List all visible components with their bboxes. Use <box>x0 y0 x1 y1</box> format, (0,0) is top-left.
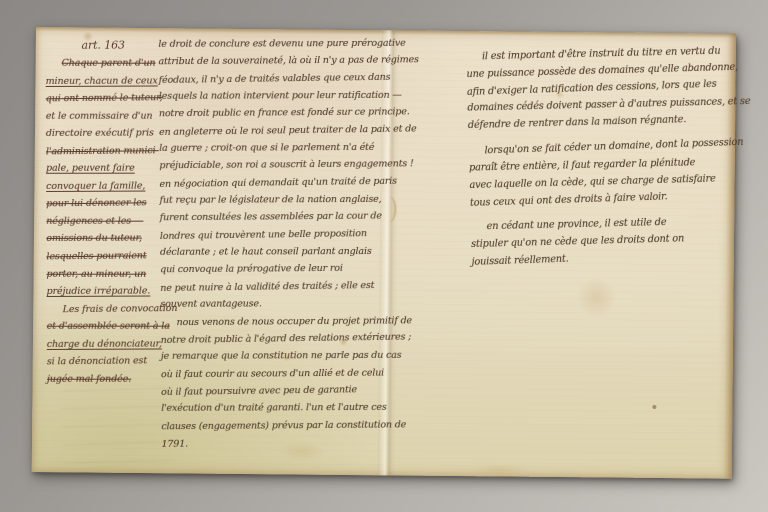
manuscript-line: convoquer la famille, <box>46 177 170 195</box>
manuscript-line: omissions du tuteur, <box>46 230 170 248</box>
article-number-heading: art. 163 <box>45 35 169 55</box>
photo-backdrop: art. 163 Chaque parent d'unmineur, chacu… <box>0 0 768 512</box>
manuscript-line: furent consultées les assemblées par la … <box>160 208 396 227</box>
foxing-stain <box>573 277 619 317</box>
right-page-column: il est important d'être instruit du titr… <box>466 42 744 270</box>
manuscript-line: préjudice irréparable. <box>47 283 171 301</box>
manuscript-line: pale, peuvent faire <box>46 160 170 178</box>
manuscript-line: je remarque que la constitution ne parle… <box>161 347 397 365</box>
manuscript-line: souvent avantageuse. <box>160 295 396 313</box>
manuscript-line: et d'assemblée seront à la <box>47 318 171 336</box>
manuscript-line: 1791. <box>161 433 397 454</box>
manuscript-line: lesquels la nation intervient pour leur … <box>159 87 395 105</box>
manuscript-line: négligences et les — <box>46 213 170 231</box>
manuscript-line: l'administration munici- <box>46 142 170 161</box>
manuscript-line: déclarante ; et le haut conseil parlant … <box>160 243 396 261</box>
manuscript-line: l'exécution d'un traité garanti. l'un et… <box>161 399 397 417</box>
show-through-marks <box>61 378 175 465</box>
manuscript-line: charge du dénonciateur, <box>47 335 171 353</box>
manuscript-line: en négociation qui demandait qu'un trait… <box>159 172 395 193</box>
manuscript-line: et le commissaire d'un <box>46 107 170 125</box>
ink-speck <box>652 405 656 409</box>
manuscript-line: préjudiciable, son roi a souscrit à leur… <box>159 156 395 175</box>
manuscript-line: lesquelles pourraient <box>46 247 170 266</box>
manuscript-line: si la dénonciation est <box>47 352 171 371</box>
manuscript-line: le droit de conclure est devenu une pure… <box>158 35 394 53</box>
manuscript-line: Les frais de convocation <box>47 300 171 319</box>
manuscript-line: fut reçu par le législateur de la nation… <box>160 191 396 209</box>
manuscript-line: qui ont nommé le tuteur, <box>46 89 170 108</box>
manuscript-line: attribut de la souveraineté, là où il n'… <box>158 52 394 71</box>
manuscript-paper: art. 163 Chaque parent d'unmineur, chacu… <box>32 27 736 479</box>
manuscript-line: en angleterre où le roi seul peut traite… <box>159 120 395 141</box>
margin-note-lines: Chaque parent d'unmineur, chacun de ceux… <box>46 54 171 388</box>
manuscript-line: pour lui dénoncer les <box>46 194 170 213</box>
left-page-main-column: le droit de conclure est devenu une pure… <box>158 34 397 452</box>
manuscript-line: féodaux, il n'y a de traités valables qu… <box>159 68 395 89</box>
manuscript-line: directoire exécutif pris <box>46 125 170 143</box>
manuscript-line: porter, au mineur, un <box>46 265 170 283</box>
foxing-stain <box>470 463 530 478</box>
manuscript-line: mineur, chacun de ceux <box>46 72 170 90</box>
manuscript-line: la guerre ; croit-on que si le parlement… <box>159 139 395 157</box>
manuscript-line: Chaque parent d'un <box>46 55 170 73</box>
manuscript-line: notre droit public en france est fondé s… <box>159 104 395 123</box>
margin-annotation-column: art. 163 Chaque parent d'unmineur, chacu… <box>45 35 171 388</box>
